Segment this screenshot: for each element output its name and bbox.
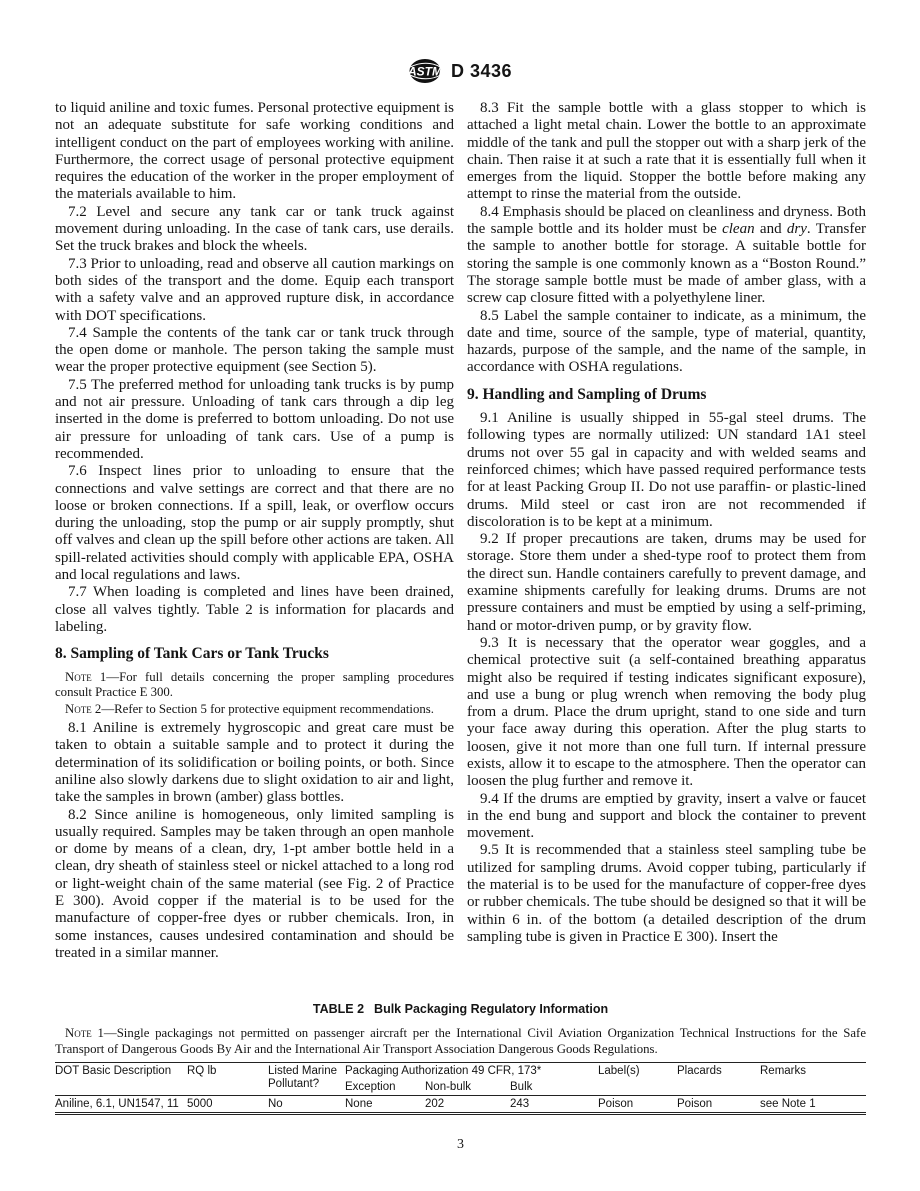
paragraph-7-4: 7.4 Sample the contents of the tank car … (55, 325, 454, 377)
note-2: Note 2—Refer to Section 5 for protective… (55, 702, 454, 717)
paragraph-7-6: 7.6 Inspect lines prior to unloading to … (55, 463, 454, 584)
paragraph-8-5: 8.5 Label the sample container to indica… (467, 308, 866, 377)
page-footer: 3 (55, 1137, 866, 1153)
paragraph-8-1: 8.1 Aniline is extremely hygroscopic and… (55, 720, 454, 806)
cell-placards: Poison (677, 1096, 760, 1114)
page-number: 3 (457, 1137, 464, 1152)
paragraph-7-7: 7.7 When loading is completed and lines … (55, 584, 454, 636)
cell-marine-pollutant: No (268, 1096, 345, 1114)
doc-code: D 3436 (451, 61, 512, 82)
cell-labels: Poison (598, 1096, 677, 1114)
col-header-labels: Label(s) (598, 1063, 677, 1096)
table-2-title: TABLE 2Bulk Packaging Regulatory Informa… (55, 1002, 866, 1016)
cell-remarks: see Note 1 (760, 1096, 866, 1114)
paragraph-7-5: 7.5 The preferred method for unloading t… (55, 377, 454, 463)
paragraph-8-4-italic-dry: dry (787, 221, 807, 237)
page-header: ASTM D 3436 (0, 58, 920, 84)
section-9-heading: 9. Handling and Sampling of Drums (467, 386, 866, 403)
col-header-nonbulk: Non-bulk (425, 1079, 510, 1096)
table-2-note: Note 1—Single packagings not permitted o… (55, 1025, 866, 1057)
table-2-section: TABLE 2Bulk Packaging Regulatory Informa… (55, 1002, 866, 1115)
note-2-label: Note 2— (65, 702, 114, 716)
paragraph-9-5: 9.5 It is recommended that a stainless s… (467, 842, 866, 946)
paragraph-8-4-italic-clean: clean (722, 221, 754, 237)
col-header-remarks: Remarks (760, 1063, 866, 1096)
col-header-placards: Placards (677, 1063, 760, 1096)
paragraph-7-2: 7.2 Level and secure any tank car or tan… (55, 204, 454, 256)
col-header-listed-marine-pollutant: Listed Marine Pollutant? (268, 1063, 345, 1096)
paragraph-8-4: 8.4 Emphasis should be placed on cleanli… (467, 204, 866, 308)
cell-exception: None (345, 1096, 425, 1114)
cell-bulk: 243 (510, 1096, 598, 1114)
table-2-note-label: Note 1— (65, 1026, 117, 1040)
svg-text:ASTM: ASTM (408, 65, 442, 79)
paragraph-7-3: 7.3 Prior to unloading, read and observe… (55, 256, 454, 325)
paragraph-continuation: to liquid aniline and toxic fumes. Perso… (55, 100, 454, 204)
paragraph-9-4: 9.4 If the drums are emptied by gravity,… (467, 791, 866, 843)
paragraph-9-3: 9.3 It is necessary that the operator we… (467, 635, 866, 791)
col-header-dot-basic-description: DOT Basic Description (55, 1063, 187, 1096)
astm-logo-icon: ASTM (408, 58, 442, 84)
document-page: ASTM D 3436 to liquid aniline and toxic … (0, 0, 920, 1191)
col-header-rq-lb: RQ lb (187, 1063, 268, 1096)
table-row: Aniline, 6.1, UN1547, 11 5000 No None 20… (55, 1096, 866, 1114)
table-2: DOT Basic Description RQ lb Listed Marin… (55, 1062, 866, 1115)
body-columns: to liquid aniline and toxic fumes. Perso… (55, 100, 866, 962)
right-column: 8.3 Fit the sample bottle with a glass s… (467, 100, 866, 962)
col-header-packaging-authorization: Packaging Authorization 49 CFR, 173* (345, 1063, 598, 1080)
table-2-title-prefix: TABLE 2 (313, 1002, 364, 1016)
cell-nonbulk: 202 (425, 1096, 510, 1114)
paragraph-9-1: 9.1 Aniline is usually shipped in 55-gal… (467, 410, 866, 531)
table-2-title-text: Bulk Packaging Regulatory Information (374, 1002, 608, 1016)
paragraph-9-2: 9.2 If proper precautions are taken, dru… (467, 531, 866, 635)
paragraph-8-3: 8.3 Fit the sample bottle with a glass s… (467, 100, 866, 204)
col-header-exception: Exception (345, 1079, 425, 1096)
note-2-text: Refer to Section 5 for protective equipm… (114, 702, 434, 716)
cell-rq-lb: 5000 (187, 1096, 268, 1114)
col-header-bulk: Bulk (510, 1079, 598, 1096)
cell-dot-basic-description: Aniline, 6.1, UN1547, 11 (55, 1096, 187, 1114)
note-1: Note 1—For full details concerning the p… (55, 670, 454, 700)
note-1-label: Note 1— (65, 670, 119, 684)
section-8-heading: 8. Sampling of Tank Cars or Tank Trucks (55, 645, 454, 662)
paragraph-8-2: 8.2 Since aniline is homogeneous, only l… (55, 807, 454, 963)
table-2-note-text: Single packagings not permitted on passe… (55, 1026, 866, 1056)
left-column: to liquid aniline and toxic fumes. Perso… (55, 100, 454, 962)
paragraph-8-4-mid: and (755, 221, 787, 237)
